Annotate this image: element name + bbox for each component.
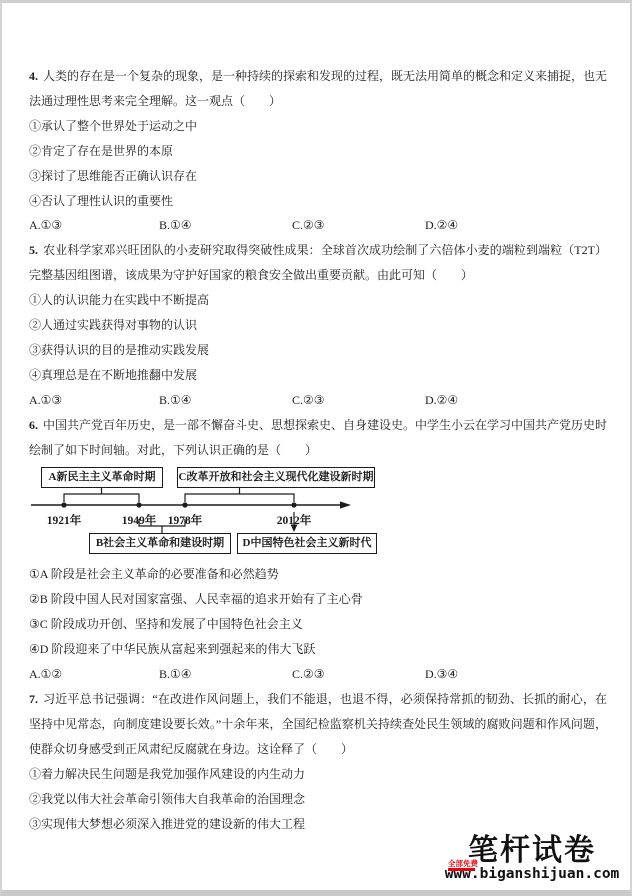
timeline-axis-arrow-icon [340, 502, 351, 509]
bracket-period-a [64, 488, 139, 502]
question-7-option-2: ②我党以伟大社会革命引领伟大自我革命的治国理念 [29, 787, 607, 812]
question-4: 4.人类的存在是一个复杂的现象，是一种持续的探索和发现的过程，既无法用简单的概念… [29, 64, 607, 238]
question-7-option-1: ①着力解决民生问题是我党加强作风建设的内生动力 [29, 762, 607, 787]
question-4-choice-c: C.②③ [292, 213, 325, 238]
year-label-2012: 2012年 [277, 509, 312, 534]
question-5-number: 5. [29, 243, 38, 257]
question-5-choices-row: A.①③ B.①④ C.②③ D.②④ [29, 388, 607, 413]
free-badge-bar [448, 868, 475, 871]
question-5-choice-a: A.①③ [29, 388, 62, 413]
dot-1949 [136, 503, 141, 508]
question-4-stem: 4.人类的存在是一个复杂的现象，是一种持续的探索和发现的过程，既无法用简单的概念… [29, 64, 607, 114]
question-5-choice-b: B.①④ [159, 388, 192, 413]
question-4-choice-d: D.②④ [425, 213, 458, 238]
period-box-d: D中国特色社会主义新时代 [237, 533, 377, 554]
question-5-option-1: ①人的认识能力在实践中不断提高 [29, 288, 607, 313]
question-4-choices-row: A.①③ B.①④ C.②③ D.②④ [29, 213, 607, 238]
question-6-option-3: ③C 阶段成功开创、坚持和发展了中国特色社会主义 [29, 612, 607, 637]
question-6-choice-d: D.③④ [425, 662, 458, 687]
question-6-stem: 6.中国共产党百年历史，是一部不懈奋斗史、思想探索史、自身建设史。中学生小云在学… [29, 413, 607, 463]
question-6-option-1: ①A 阶段是社会主义革命的必要准备和必然趋势 [29, 562, 607, 587]
question-6-choice-a: A.①② [29, 662, 62, 687]
question-4-number: 4. [29, 69, 38, 83]
question-7-stem: 7.习近平总书记强调：“在改进作风问题上，我们不能退，也退不得，必须保持常抓的韧… [29, 687, 607, 762]
watermark-logo: 笔杆试卷 全部免费 www.biganshijuan.com [438, 836, 626, 881]
question-6-choice-c: C.②③ [292, 662, 325, 687]
free-badge: 全部免费 [448, 860, 478, 871]
period-box-b: B社会主义革命和建设时期 [89, 533, 231, 554]
timeline-diagram: A新民主主义革命时期 C改革开放和社会主义现代化建设新时期 B社会主义革命和建设… [29, 465, 459, 559]
exam-content: 4.人类的存在是一个复杂的现象，是一种持续的探索和发现的过程，既无法用简单的概念… [29, 64, 607, 836]
bracket-period-c [185, 488, 294, 502]
period-box-a: A新民主主义革命时期 [41, 467, 163, 488]
question-5-option-4: ④真理总是在不断地推翻中发展 [29, 363, 607, 388]
dot-2012 [291, 503, 296, 508]
question-6-option-2: ②B 阶段中国人民对国家富强、人民幸福的追求开始有了主心骨 [29, 587, 607, 612]
year-label-1978: 1978年 [168, 509, 203, 534]
year-label-1949: 1949年 [122, 509, 157, 534]
question-7-number: 7. [29, 692, 38, 706]
question-6-number: 6. [29, 418, 38, 432]
question-4-option-1: ①承认了整个世界处于运动之中 [29, 114, 607, 139]
year-label-1921: 1921年 [47, 509, 82, 534]
dot-1921 [61, 503, 66, 508]
question-4-option-3: ③探讨了思维能否正确认识存在 [29, 164, 607, 189]
question-5-stem: 5.农业科学家邓兴旺团队的小麦研究取得突破性成果：全球首次成功绘制了六倍体小麦的… [29, 238, 607, 288]
question-6-choices-row: A.①② B.①④ C.②③ D.③④ [29, 662, 607, 687]
question-4-option-2: ②肯定了存在是世界的本原 [29, 139, 607, 164]
question-5-option-3: ③获得认识的目的是推动实践发展 [29, 338, 607, 363]
question-5: 5.农业科学家邓兴旺团队的小麦研究取得突破性成果：全球首次成功绘制了六倍体小麦的… [29, 238, 607, 412]
question-5-option-2: ②人通过实践获得对事物的认识 [29, 313, 607, 338]
dot-1978 [182, 503, 187, 508]
exam-page: 4.人类的存在是一个复杂的现象，是一种持续的探索和发现的过程，既无法用简单的概念… [0, 0, 632, 896]
question-5-choice-d: D.②④ [425, 388, 458, 413]
question-6-choice-b: B.①④ [159, 662, 192, 687]
period-box-c: C改革开放和社会主义现代化建设新时期 [177, 467, 375, 488]
question-6-option-4: ④D 阶段迎来了中华民族从富起来到强起来的伟大飞跃 [29, 637, 607, 662]
question-7: 7.习近平总书记强调：“在改进作风问题上，我们不能退，也退不得，必须保持常抓的韧… [29, 687, 607, 836]
question-4-option-4: ④否认了理性认识的重要性 [29, 189, 607, 214]
question-4-choice-a: A.①③ [29, 213, 62, 238]
question-5-choice-c: C.②③ [292, 388, 325, 413]
question-7-option-3: ③实现伟大梦想必须深入推进党的建设新的伟大工程 [29, 812, 607, 837]
question-6: 6.中国共产党百年历史，是一部不懈奋斗史、思想探索史、自身建设史。中学生小云在学… [29, 413, 607, 687]
question-4-choice-b: B.①④ [159, 213, 192, 238]
